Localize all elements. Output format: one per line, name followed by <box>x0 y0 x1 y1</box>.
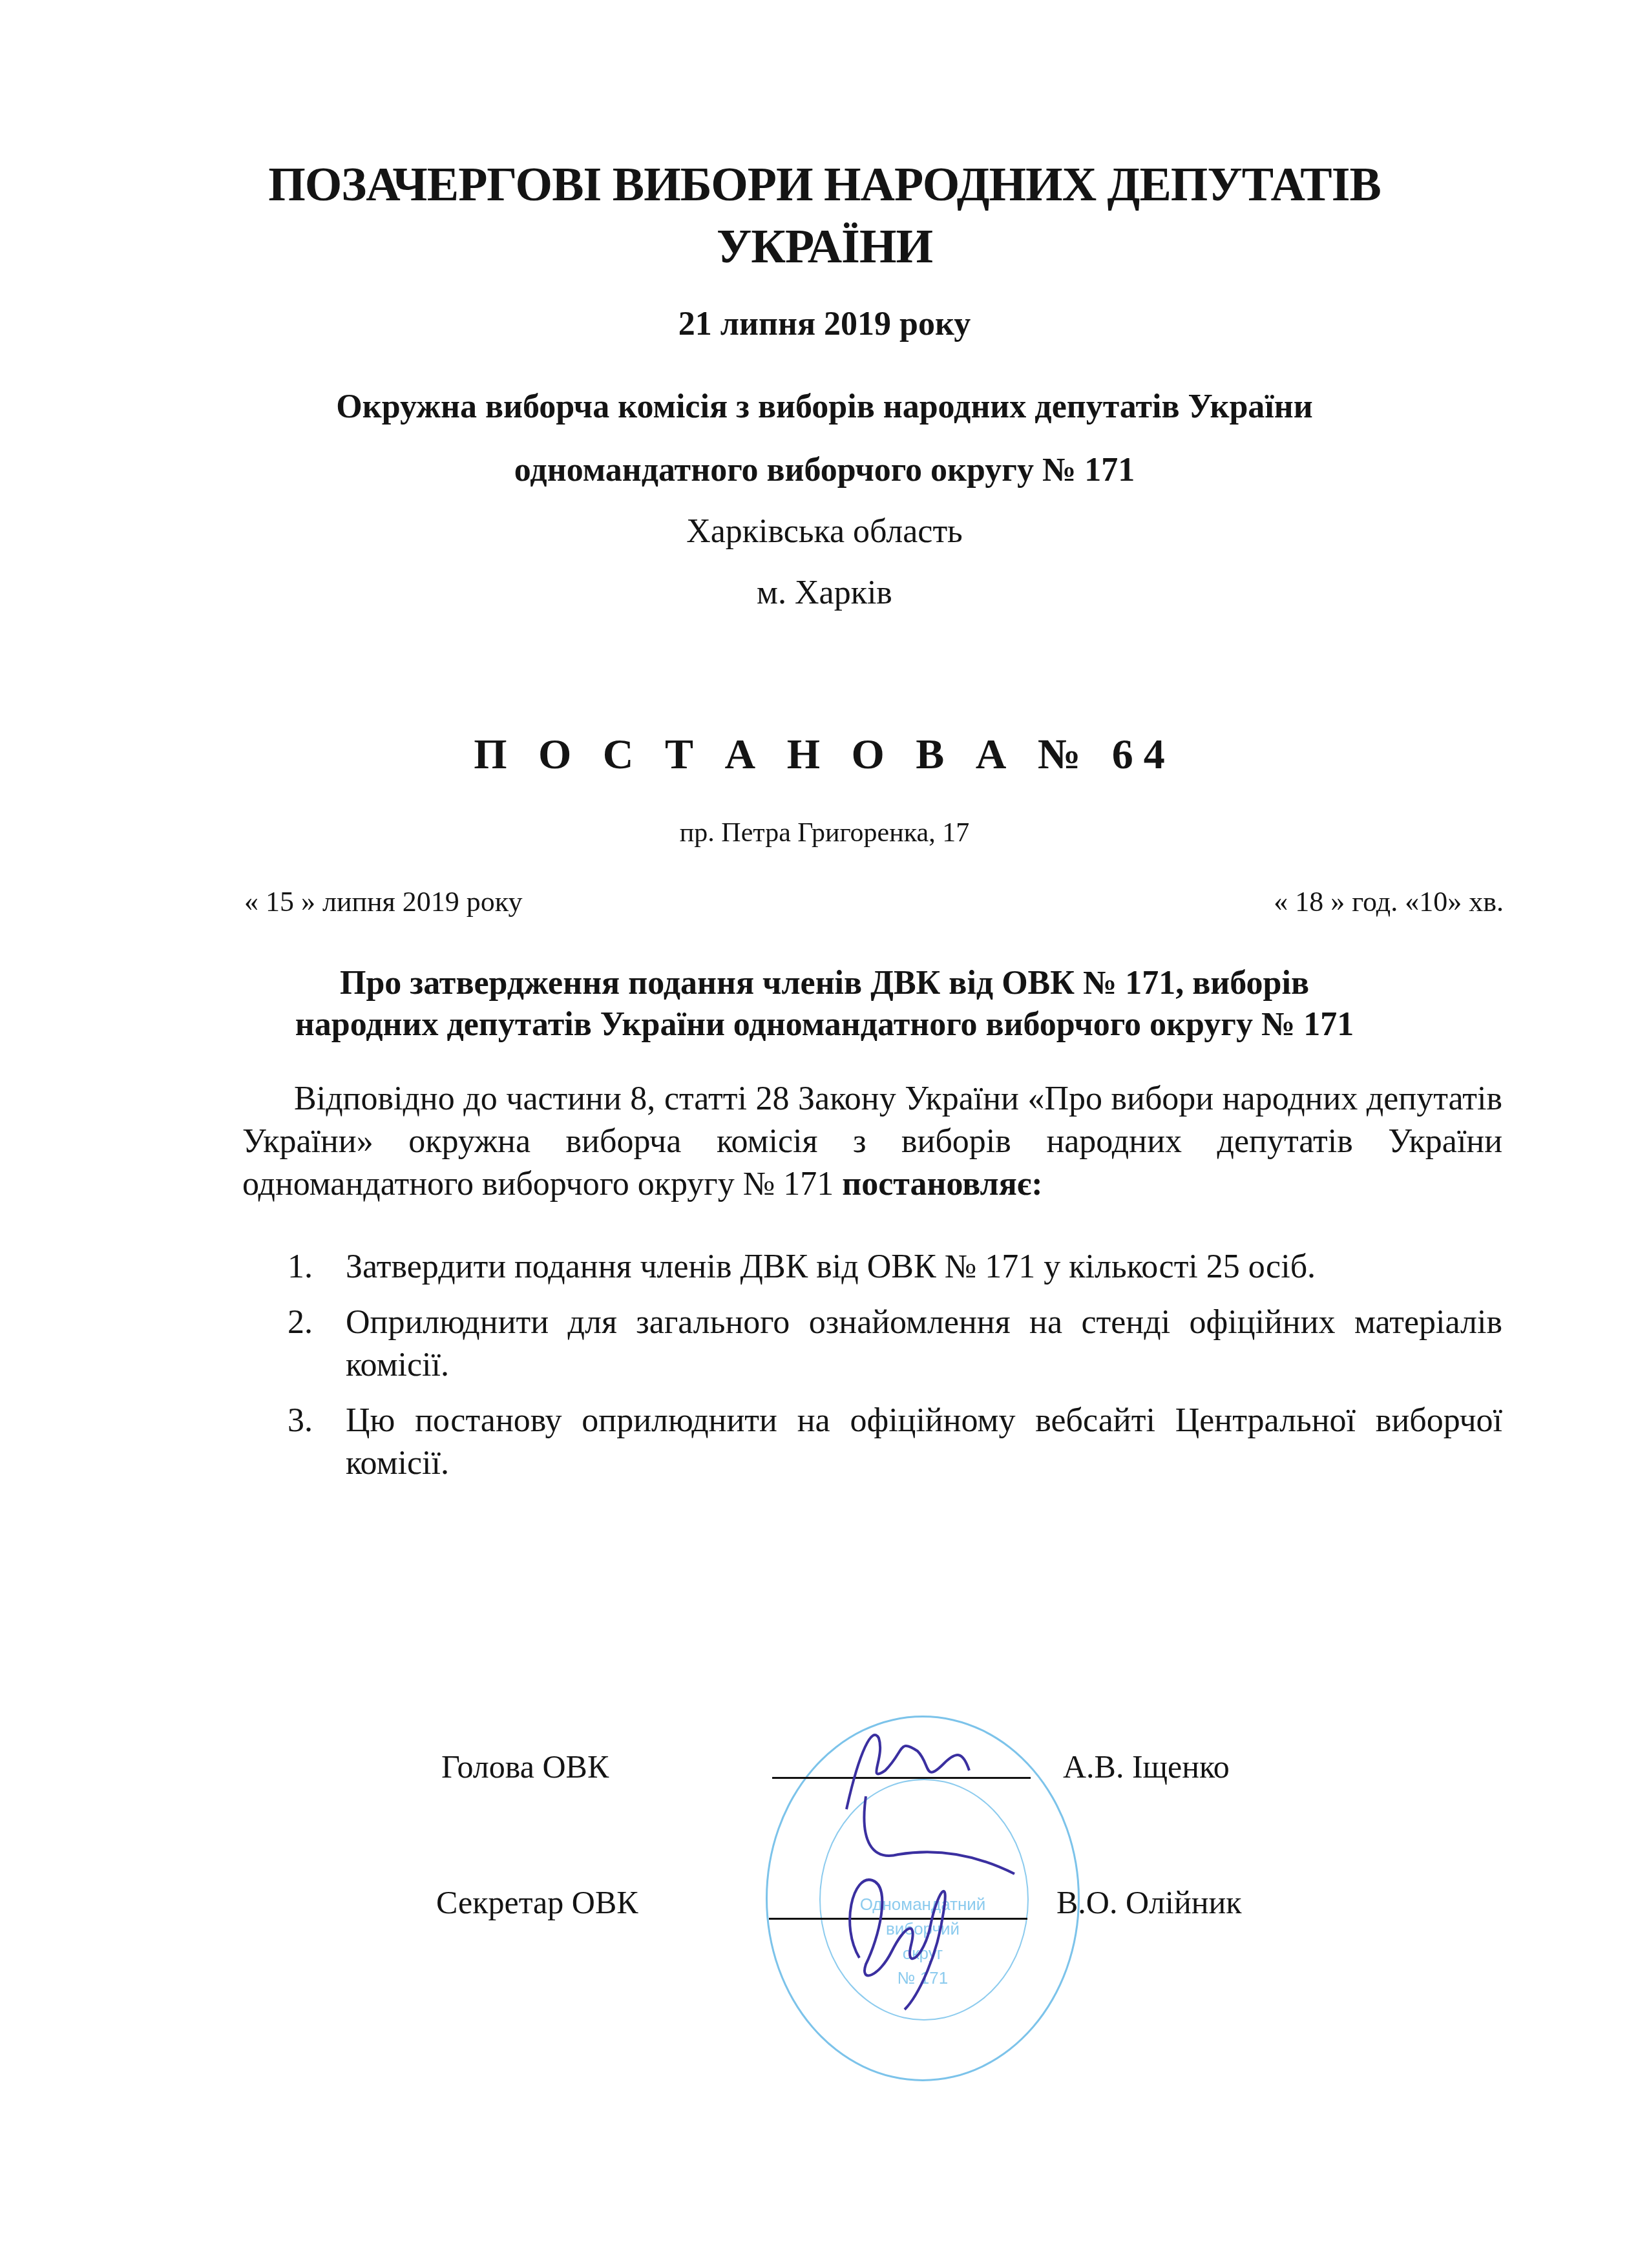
subject-line2: народних депутатів України одномандатног… <box>0 1004 1649 1045</box>
resolution-item-3: 3.Цю постанову оприлюднити на офіційному… <box>242 1400 1502 1485</box>
city: м. Харків <box>0 574 1649 612</box>
region: Харківська область <box>0 512 1649 551</box>
chair-name: А.В. Іщенко <box>1063 1748 1230 1785</box>
secretary-signature-icon <box>821 1848 963 2016</box>
resolution-time: « 18 » год. «10» хв. <box>1274 885 1504 918</box>
subject-line1: Про затвердження подання членів ДВК від … <box>0 963 1649 1004</box>
election-date: 21 липня 2019 року <box>0 305 1649 343</box>
item-number: 3. <box>288 1400 313 1442</box>
secretary-role: Секретар ОВК <box>436 1884 638 1921</box>
election-title-line1: ПОЗАЧЕРГОВІ ВИБОРИ НАРОДНИХ ДЕПУТАТІВ <box>0 154 1649 216</box>
resolution-subject: Про затвердження подання членів ДВК від … <box>0 963 1649 1045</box>
commission-name-line1: Окружна виборча комісія з виборів народн… <box>0 388 1649 426</box>
chair-role: Голова ОВК <box>441 1748 609 1785</box>
item-text: Затвердити подання членів ДВК від ОВК № … <box>346 1248 1316 1285</box>
commission-name-line2: одномандатного виборчого округу № 171 <box>0 451 1649 489</box>
item-text: Оприлюднити для загального ознайомлення … <box>346 1304 1502 1383</box>
preamble-decides: постановляє: <box>842 1166 1042 1202</box>
resolution-items: 1.Затвердити подання членів ДВК від ОВК … <box>242 1246 1502 1498</box>
election-title: ПОЗАЧЕРГОВІ ВИБОРИ НАРОДНИХ ДЕПУТАТІВ УК… <box>0 154 1649 278</box>
item-number: 2. <box>288 1301 313 1344</box>
secretary-name: В.О. Олійник <box>1056 1884 1241 1921</box>
resolution-item-2: 2.Оприлюднити для загального ознайомленн… <box>242 1301 1502 1387</box>
election-title-line2: УКРАЇНИ <box>0 216 1649 278</box>
item-number: 1. <box>288 1246 313 1288</box>
item-text: Цю постанову оприлюднити на офіційному в… <box>346 1402 1502 1482</box>
preamble-paragraph: Відповідно до частини 8, статті 28 Закон… <box>242 1078 1502 1206</box>
resolution-item-1: 1.Затвердити подання членів ДВК від ОВК … <box>242 1246 1502 1288</box>
resolution-address: пр. Петра Григоренка, 17 <box>0 817 1649 848</box>
resolution-date: « 15 » липня 2019 року <box>244 885 523 918</box>
resolution-title: П О С Т А Н О В А № 64 <box>0 730 1649 779</box>
